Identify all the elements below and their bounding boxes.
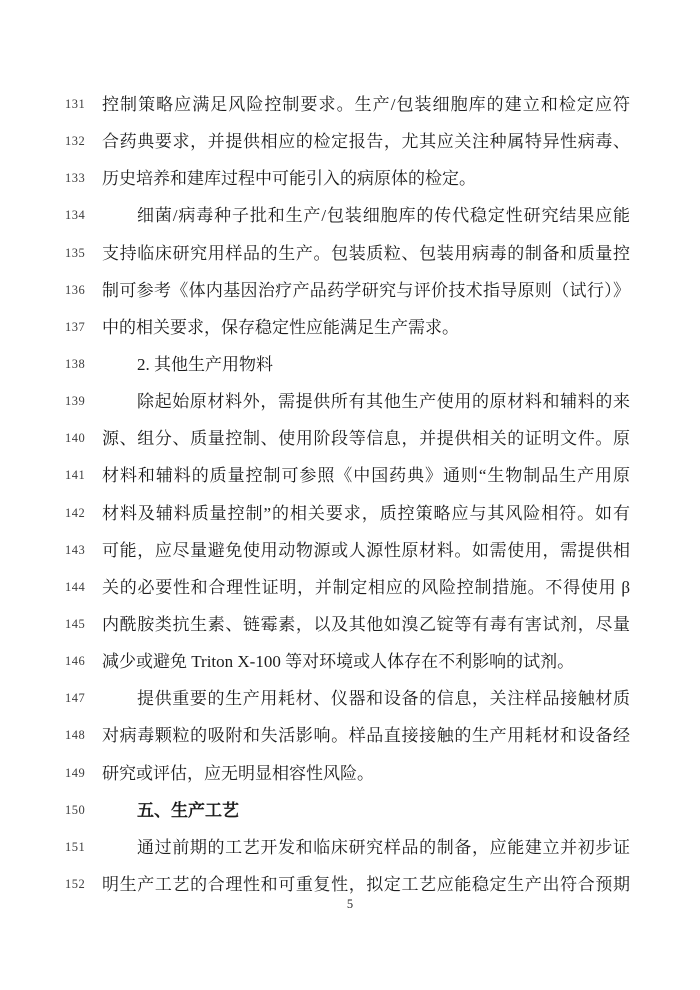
line-text: 关的必要性和合理性证明，并制定相应的风险控制措施。不得使用 β xyxy=(102,569,630,606)
line-text: 除起始原材料外，需提供所有其他生产使用的原材料和辅料的来 xyxy=(102,383,630,420)
line-number: 148 xyxy=(65,717,102,754)
line-number: 145 xyxy=(65,606,102,643)
line-number: 137 xyxy=(65,309,102,346)
line-text: 减少或避免 Triton X-100 等对环境或人体存在不利影响的试剂。 xyxy=(102,643,630,680)
line-text: 源、组分、质量控制、使用阶段等信息，并提供相关的证明文件。原 xyxy=(102,420,630,457)
text-line: 133 历史培养和建库过程中可能引入的病原体的检定。 xyxy=(0,160,700,197)
line-number: 133 xyxy=(65,160,102,197)
line-text: 通过前期的工艺开发和临床研究样品的制备，应能建立并初步证 xyxy=(102,829,630,866)
line-number: 150 xyxy=(65,792,102,829)
line-text: 合药典要求，并提供相应的检定报告，尤其应关注种属特异性病毒、 xyxy=(102,123,630,160)
line-text: 细菌/病毒种子批和生产/包装细胞库的传代稳定性研究结果应能 xyxy=(102,197,630,234)
line-text: 2. 其他生产用物料 xyxy=(102,346,630,383)
line-text: 对病毒颗粒的吸附和失活影响。样品直接接触的生产用耗材和设备经 xyxy=(102,717,630,754)
text-line: 132 合药典要求，并提供相应的检定报告，尤其应关注种属特异性病毒、 xyxy=(0,123,700,160)
line-number: 140 xyxy=(65,420,102,457)
text-line: 139 除起始原材料外，需提供所有其他生产使用的原材料和辅料的来 xyxy=(0,383,700,420)
line-number: 136 xyxy=(65,272,102,309)
text-line: 135 支持临床研究用样品的生产。包装质粒、包装用病毒的制备和质量控 xyxy=(0,235,700,272)
line-text: 材料及辅料质量控制”的相关要求，质控策略应与其风险相符。如有 xyxy=(102,495,630,532)
text-line: 150 五、生产工艺 xyxy=(0,792,700,829)
line-number: 149 xyxy=(65,755,102,792)
line-text: 提供重要的生产用耗材、仪器和设备的信息，关注样品接触材质 xyxy=(102,680,630,717)
line-text: 历史培养和建库过程中可能引入的病原体的检定。 xyxy=(102,160,630,197)
text-line: 145 内酰胺类抗生素、链霉素，以及其他如溴乙锭等有毒有害试剂，尽量 xyxy=(0,606,700,643)
line-text: 五、生产工艺 xyxy=(102,792,630,829)
line-text: 材料和辅料的质量控制可参照《中国药典》通则“生物制品生产用原 xyxy=(102,457,630,494)
text-line: 136 制可参考《体内基因治疗产品药学研究与评价技术指导原则（试行）》 xyxy=(0,272,700,309)
text-line: 141 材料和辅料的质量控制可参照《中国药典》通则“生物制品生产用原 xyxy=(0,457,700,494)
text-line: 149 研究或评估，应无明显相容性风险。 xyxy=(0,755,700,792)
text-line: 138 2. 其他生产用物料 xyxy=(0,346,700,383)
text-line: 148 对病毒颗粒的吸附和失活影响。样品直接接触的生产用耗材和设备经 xyxy=(0,717,700,754)
text-line: 131 控制策略应满足风险控制要求。生产/包装细胞库的建立和检定应符 xyxy=(0,86,700,123)
line-number: 138 xyxy=(65,346,102,383)
text-line: 134 细菌/病毒种子批和生产/包装细胞库的传代稳定性研究结果应能 xyxy=(0,197,700,234)
line-number: 144 xyxy=(65,569,102,606)
line-number: 134 xyxy=(65,197,102,234)
line-number: 139 xyxy=(65,383,102,420)
line-text: 支持临床研究用样品的生产。包装质粒、包装用病毒的制备和质量控 xyxy=(102,235,630,272)
text-line: 151 通过前期的工艺开发和临床研究样品的制备，应能建立并初步证 xyxy=(0,829,700,866)
line-text: 内酰胺类抗生素、链霉素，以及其他如溴乙锭等有毒有害试剂，尽量 xyxy=(102,606,630,643)
page-number: 5 xyxy=(0,897,700,912)
line-number: 146 xyxy=(65,643,102,680)
text-line: 140 源、组分、质量控制、使用阶段等信息，并提供相关的证明文件。原 xyxy=(0,420,700,457)
line-text: 控制策略应满足风险控制要求。生产/包装细胞库的建立和检定应符 xyxy=(102,86,630,123)
line-number: 151 xyxy=(65,829,102,866)
line-number: 135 xyxy=(65,235,102,272)
line-number: 131 xyxy=(65,86,102,123)
line-text: 制可参考《体内基因治疗产品药学研究与评价技术指导原则（试行）》 xyxy=(102,272,630,309)
line-number: 142 xyxy=(65,495,102,532)
line-text: 可能，应尽量避免使用动物源或人源性原材料。如需使用，需提供相 xyxy=(102,532,630,569)
line-number: 147 xyxy=(65,680,102,717)
text-line: 137 中的相关要求，保存稳定性应能满足生产需求。 xyxy=(0,309,700,346)
text-line: 147 提供重要的生产用耗材、仪器和设备的信息，关注样品接触材质 xyxy=(0,680,700,717)
text-line: 143 可能，应尽量避免使用动物源或人源性原材料。如需使用，需提供相 xyxy=(0,532,700,569)
line-number: 143 xyxy=(65,532,102,569)
document-body: 131 控制策略应满足风险控制要求。生产/包装细胞库的建立和检定应符 132 合… xyxy=(0,86,700,903)
document-page: 131 控制策略应满足风险控制要求。生产/包装细胞库的建立和检定应符 132 合… xyxy=(0,0,700,990)
line-number: 132 xyxy=(65,123,102,160)
line-number: 141 xyxy=(65,457,102,494)
text-line: 146 减少或避免 Triton X-100 等对环境或人体存在不利影响的试剂。 xyxy=(0,643,700,680)
line-text: 中的相关要求，保存稳定性应能满足生产需求。 xyxy=(102,309,630,346)
text-line: 142 材料及辅料质量控制”的相关要求，质控策略应与其风险相符。如有 xyxy=(0,495,700,532)
text-line: 144 关的必要性和合理性证明，并制定相应的风险控制措施。不得使用 β xyxy=(0,569,700,606)
line-text: 研究或评估，应无明显相容性风险。 xyxy=(102,755,630,792)
